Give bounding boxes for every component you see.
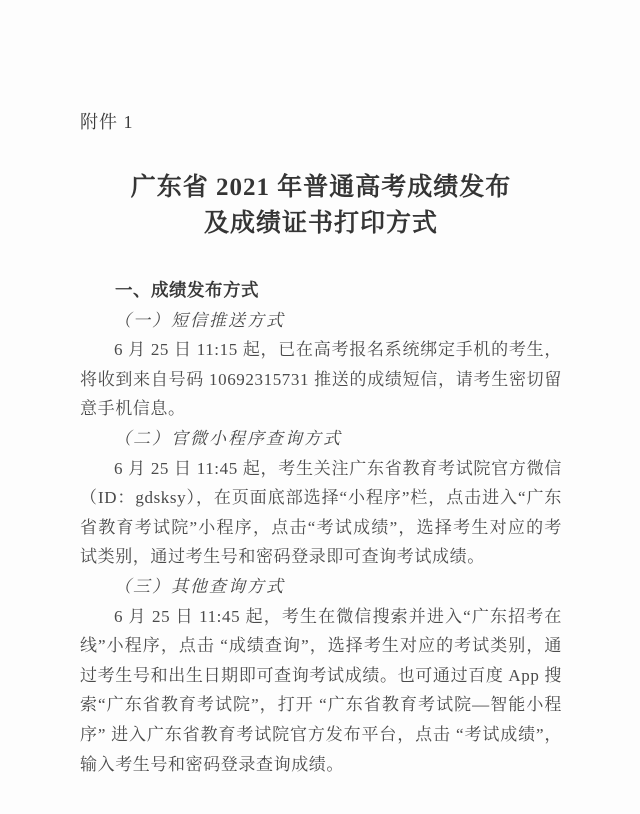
subsection-heading-miniprogram: （二）官微小程序查询方式 (80, 424, 562, 454)
subsection-heading-other: （三）其他查询方式 (80, 572, 562, 602)
attachment-label: 附件 1 (80, 112, 562, 132)
title-line-2: 及成绩证书打印方式 (80, 206, 562, 242)
paragraph-sms: 6 月 25 日 11:15 起，已在高考报名系统绑定手机的考生，将收到来自号码… (80, 335, 562, 424)
subsection-heading-sms: （一）短信推送方式 (80, 306, 562, 336)
document-body: 一、成绩发布方式 （一）短信推送方式 6 月 25 日 11:15 起，已在高考… (80, 276, 562, 779)
title-line-1: 广东省 2021 年普通高考成绩发布 (80, 170, 562, 206)
paragraph-miniprogram: 6 月 25 日 11:45 起，考生关注广东省教育考试院官方微信（ID：gds… (80, 454, 562, 572)
document-title: 广东省 2021 年普通高考成绩发布 及成绩证书打印方式 (80, 170, 562, 242)
section-heading: 一、成绩发布方式 (80, 276, 562, 306)
paragraph-other: 6 月 25 日 11:45 起，考生在微信搜索并进入“广东招考在线”小程序，点… (80, 602, 562, 780)
document-page: 附件 1 广东省 2021 年普通高考成绩发布 及成绩证书打印方式 一、成绩发布… (0, 0, 640, 814)
